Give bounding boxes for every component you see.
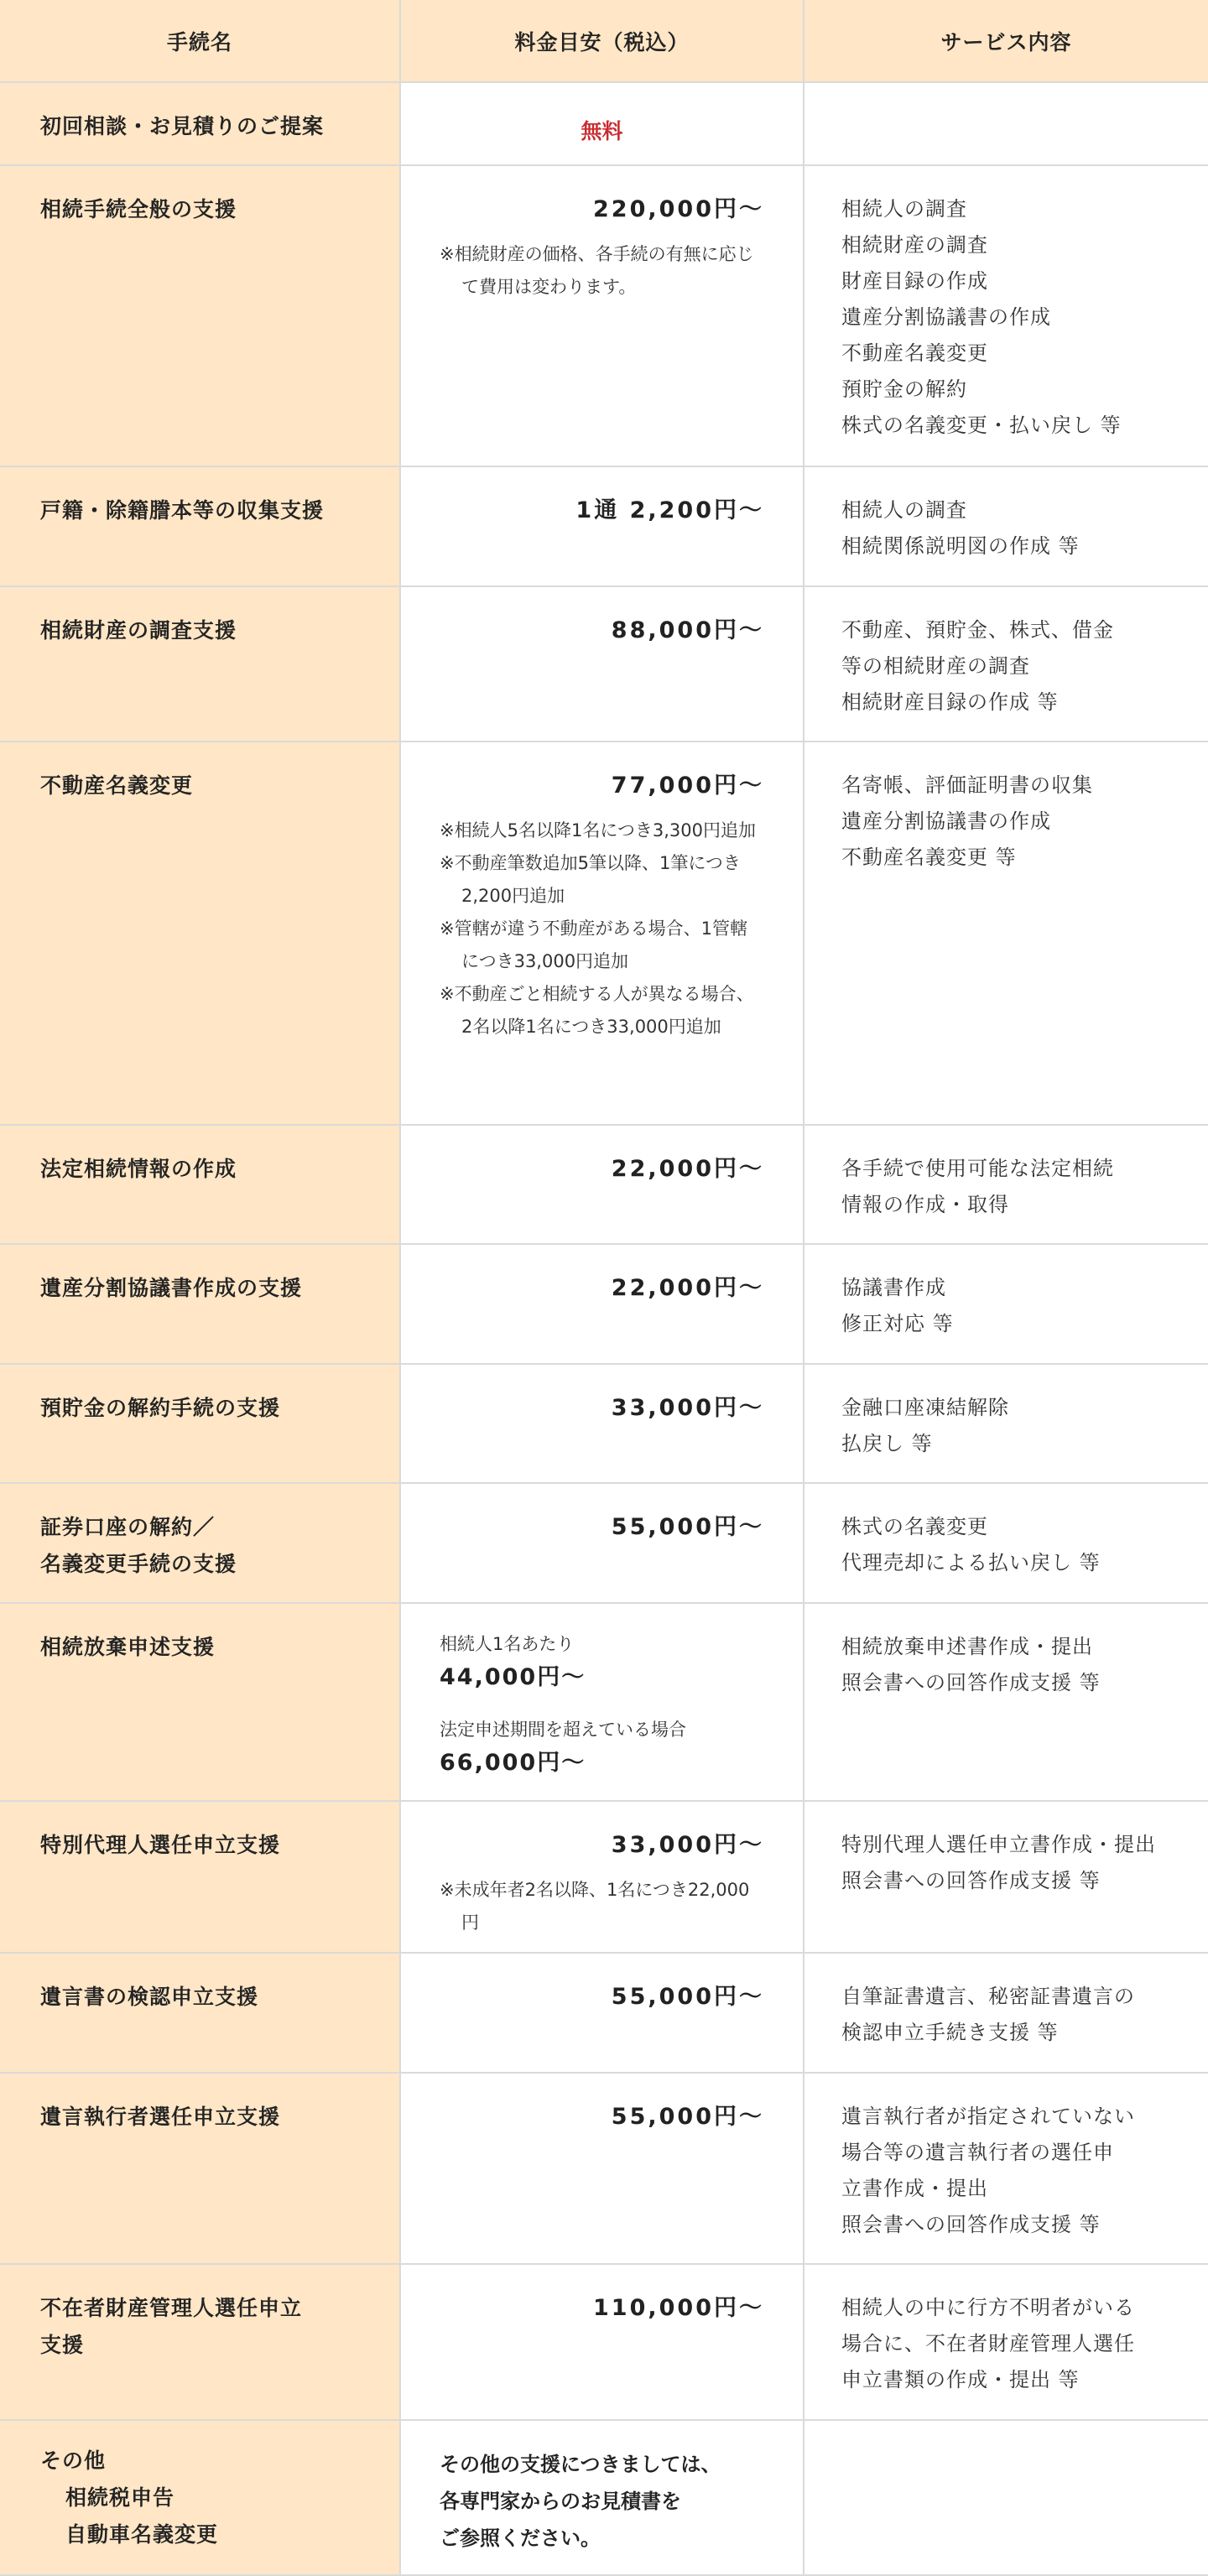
table-row: 相続手続全般の支援220,000円～※相続財産の価格、各手続の有無に応じて費用は… — [0, 165, 1208, 466]
procedure-name-cell: 相続財産の調査支援 — [0, 586, 400, 742]
service-item: 不動産、預貯金、株式、借金 — [841, 612, 1191, 648]
header-service-content: サービス内容 — [804, 0, 1208, 82]
fee-amount: 220,000円～ — [440, 191, 764, 228]
fee-cell: 55,000円～ — [400, 1483, 804, 1603]
service-item: 相続関係説明図の作成 等 — [841, 528, 1191, 565]
table-row: 不動産名義変更77,000円～※相続人5名以降1名につき3,300円追加※不動産… — [0, 742, 1208, 1125]
fee-amount: 66,000円～ — [440, 1745, 764, 1782]
service-content-cell: 金融口座凍結解除払戻し 等 — [804, 1364, 1208, 1483]
fee-amount: 55,000円～ — [440, 2099, 764, 2136]
service-item: 特別代理人選任申立書作成・提出 — [841, 1827, 1191, 1863]
procedure-name-cell: 特別代理人選任申立支援 — [0, 1801, 400, 1953]
service-item: 代理売却による払い戻し 等 — [841, 1545, 1191, 1581]
procedure-name: 遺産分割協議書作成の支援 — [40, 1270, 383, 1307]
table-row: 証券口座の解約／名義変更手続の支援55,000円～株式の名義変更代理売却による払… — [0, 1483, 1208, 1603]
procedure-name: 遺言執行者選任申立支援 — [40, 2099, 383, 2136]
fee-cell: 33,000円～ — [400, 1364, 804, 1483]
service-content-cell: 相続人の調査相続財産の調査財産目録の作成遺産分割協議書の作成不動産名義変更預貯金… — [804, 165, 1208, 466]
service-item: 名寄帳、評価証明書の収集 — [841, 768, 1191, 804]
fee-notes: ※相続人5名以降1名につき3,300円追加※不動産筆数追加5筆以降、1筆につき2… — [440, 814, 764, 1043]
service-item: 相続人の中に行方不明者がいる — [841, 2290, 1191, 2326]
service-item: 株式の名義変更 — [841, 1509, 1191, 1545]
service-content-cell: 各手続で使用可能な法定相続情報の作成・取得 — [804, 1125, 1208, 1244]
procedure-name-cell: その他相続税申告自動車名義変更 — [0, 2420, 400, 2575]
service-item: 場合等の遺言執行者の選任申 — [841, 2135, 1191, 2171]
other-support-line: ご参照ください。 — [440, 2520, 764, 2557]
table-row: 相続財産の調査支援88,000円～不動産、預貯金、株式、借金等の相続財産の調査相… — [0, 586, 1208, 742]
fee-condition-label: 相続人1名あたり — [440, 1629, 764, 1659]
service-content-cell: 遺言執行者が指定されていない場合等の遺言執行者の選任申立書作成・提出照会書への回… — [804, 2073, 1208, 2264]
service-item: 遺産分割協議書の作成 — [841, 804, 1191, 840]
procedure-name: 不動産名義変更 — [40, 768, 383, 804]
service-content-cell: 相続人の中に行方不明者がいる場合に、不在者財産管理人選任申立書類の作成・提出 等 — [804, 2264, 1208, 2420]
table-row: 初回相談・お見積りのご提案無料 — [0, 82, 1208, 165]
service-item: 相続人の調査 — [841, 492, 1191, 528]
procedure-name-cell: 預貯金の解約手続の支援 — [0, 1364, 400, 1483]
procedure-sub-item: 自動車名義変更 — [40, 2516, 383, 2553]
table-row: 相続放棄申述支援相続人1名あたり44,000円～法定申述期間を超えている場合66… — [0, 1603, 1208, 1801]
procedure-name: 法定相続情報の作成 — [40, 1151, 383, 1188]
service-item: 照会書への回答作成支援 等 — [841, 2207, 1191, 2243]
fee-amount: 55,000円～ — [440, 1979, 764, 2016]
service-item: 各手続で使用可能な法定相続 — [841, 1151, 1191, 1187]
fee-cell: 33,000円～※未成年者2名以降、1名につき22,000円 — [400, 1801, 804, 1953]
service-item: 照会書への回答作成支援 等 — [841, 1665, 1191, 1701]
fee-cell: 無料 — [400, 82, 804, 165]
procedure-name: 預貯金の解約手続の支援 — [40, 1390, 383, 1427]
fee-cell: 55,000円～ — [400, 2073, 804, 2264]
procedure-name: 名義変更手続の支援 — [40, 1546, 383, 1583]
header-procedure-name: 手続名 — [0, 0, 400, 82]
fee-amount: 55,000円～ — [440, 1509, 764, 1546]
service-content-cell: 不動産、預貯金、株式、借金等の相続財産の調査相続財産目録の作成 等 — [804, 586, 1208, 742]
service-content-cell — [804, 82, 1208, 165]
fee-note: ※不動産ごと相続する人が異なる場合、2名以降1名につき33,000円追加 — [440, 978, 764, 1043]
procedure-name: 支援 — [40, 2327, 383, 2364]
fee-amount: 77,000円～ — [440, 768, 764, 804]
fee-amount: 33,000円～ — [440, 1827, 764, 1864]
procedure-name: 相続放棄申述支援 — [40, 1629, 383, 1666]
fee-notes: ※未成年者2名以降、1名につき22,000円 — [440, 1874, 764, 1939]
fee-note: ※未成年者2名以降、1名につき22,000円 — [440, 1874, 764, 1939]
procedure-name: 遺言書の検認申立支援 — [40, 1979, 383, 2016]
procedure-name: 特別代理人選任申立支援 — [40, 1827, 383, 1864]
fee-cell: 220,000円～※相続財産の価格、各手続の有無に応じて費用は変わります。 — [400, 165, 804, 466]
table-row: その他相続税申告自動車名義変更その他の支援につきましては、各専門家からのお見積書… — [0, 2420, 1208, 2575]
procedure-name-cell: 不動産名義変更 — [0, 742, 400, 1125]
service-item: 金融口座凍結解除 — [841, 1390, 1191, 1426]
fee-note: ※相続財産の価格、各手続の有無に応じて費用は変わります。 — [440, 238, 764, 304]
fee-table: 手続名 料金目安（税込） サービス内容 初回相談・お見積りのご提案無料相続手続全… — [0, 0, 1208, 2576]
service-item: 申立書類の作成・提出 等 — [841, 2362, 1191, 2398]
service-content-cell: 相続放棄申述書作成・提出照会書への回答作成支援 等 — [804, 1603, 1208, 1801]
service-content-cell: 協議書作成修正対応 等 — [804, 1244, 1208, 1364]
fee-amount: 44,000円～ — [440, 1659, 764, 1696]
fee-amount: 110,000円～ — [440, 2290, 764, 2327]
procedure-name-cell: 法定相続情報の作成 — [0, 1125, 400, 1244]
fee-cell: 88,000円～ — [400, 586, 804, 742]
service-item: 立書作成・提出 — [841, 2171, 1191, 2207]
service-item: 株式の名義変更・払い戻し 等 — [841, 408, 1191, 444]
procedure-name-cell: 遺産分割協議書作成の支援 — [0, 1244, 400, 1364]
table-row: 不在者財産管理人選任申立支援110,000円～相続人の中に行方不明者がいる場合に… — [0, 2264, 1208, 2420]
table-row: 戸籍・除籍謄本等の収集支援1通 2,200円～相続人の調査相続関係説明図の作成 … — [0, 466, 1208, 586]
service-item: 等の相続財産の調査 — [841, 648, 1191, 684]
fee-note: ※相続人5名以降1名につき3,300円追加 — [440, 814, 764, 847]
procedure-name-cell: 不在者財産管理人選任申立支援 — [0, 2264, 400, 2420]
procedure-name-cell: 遺言執行者選任申立支援 — [0, 2073, 400, 2264]
fee-cell: 22,000円～ — [400, 1244, 804, 1364]
service-content-cell: 自筆証書遺言、秘密証書遺言の検認申立手続き支援 等 — [804, 1953, 1208, 2073]
other-support-note: その他の支援につきましては、各専門家からのお見積書をご参照ください。 — [440, 2439, 764, 2557]
service-item: 不動産名義変更 — [841, 336, 1191, 372]
table-body: 初回相談・お見積りのご提案無料相続手続全般の支援220,000円～※相続財産の価… — [0, 82, 1208, 2575]
service-item: 財産目録の作成 — [841, 263, 1191, 299]
table-row: 遺言書の検認申立支援55,000円～自筆証書遺言、秘密証書遺言の検認申立手続き支… — [0, 1953, 1208, 2073]
procedure-sub-item: 相続税申告 — [40, 2480, 383, 2516]
fee-cell: 77,000円～※相続人5名以降1名につき3,300円追加※不動産筆数追加5筆以… — [400, 742, 804, 1125]
procedure-name-cell: 遺言書の検認申立支援 — [0, 1953, 400, 2073]
fee-amount: 88,000円～ — [440, 612, 764, 649]
procedure-name: 戸籍・除籍謄本等の収集支援 — [40, 492, 383, 529]
service-content-cell: 名寄帳、評価証明書の収集遺産分割協議書の作成不動産名義変更 等 — [804, 742, 1208, 1125]
service-item: 場合に、不在者財産管理人選任 — [841, 2326, 1191, 2362]
procedure-name: 初回相談・お見積りのご提案 — [40, 108, 383, 145]
service-content-cell: 特別代理人選任申立書作成・提出照会書への回答作成支援 等 — [804, 1801, 1208, 1953]
fee-condition-label: 法定申述期間を超えている場合 — [440, 1715, 764, 1745]
procedure-name-cell: 相続手続全般の支援 — [0, 165, 400, 466]
service-content-cell — [804, 2420, 1208, 2575]
service-item: 払戻し 等 — [841, 1426, 1191, 1462]
other-support-line: 各専門家からのお見積書を — [440, 2483, 764, 2520]
service-item: 相続財産目録の作成 等 — [841, 684, 1191, 721]
service-item: 情報の作成・取得 — [841, 1187, 1191, 1223]
fee-notes: ※相続財産の価格、各手続の有無に応じて費用は変わります。 — [440, 238, 764, 304]
procedure-name: その他 — [40, 2443, 383, 2480]
fee-cell: 55,000円～ — [400, 1953, 804, 2073]
service-item: 自筆証書遺言、秘密証書遺言の — [841, 1979, 1191, 2015]
fee-amount: 22,000円～ — [440, 1151, 764, 1188]
fee-cell: 相続人1名あたり44,000円～法定申述期間を超えている場合66,000円～ — [400, 1603, 804, 1801]
table-row: 預貯金の解約手続の支援33,000円～金融口座凍結解除払戻し 等 — [0, 1364, 1208, 1483]
procedure-name: 相続財産の調査支援 — [40, 612, 383, 649]
fee-cell: 22,000円～ — [400, 1125, 804, 1244]
service-item: 修正対応 等 — [841, 1306, 1191, 1342]
table-row: 遺産分割協議書作成の支援22,000円～協議書作成修正対応 等 — [0, 1244, 1208, 1364]
procedure-name-cell: 証券口座の解約／名義変更手続の支援 — [0, 1483, 400, 1603]
fee-cell: 110,000円～ — [400, 2264, 804, 2420]
service-item: 照会書への回答作成支援 等 — [841, 1863, 1191, 1899]
fee-amount: 33,000円～ — [440, 1390, 764, 1427]
fee-note: ※不動産筆数追加5筆以降、1筆につき2,200円追加 — [440, 847, 764, 913]
service-content-cell: 株式の名義変更代理売却による払い戻し 等 — [804, 1483, 1208, 1603]
service-item: 遺産分割協議書の作成 — [841, 299, 1191, 336]
table-row: 法定相続情報の作成22,000円～各手続で使用可能な法定相続情報の作成・取得 — [0, 1125, 1208, 1244]
fee-note: ※管轄が違う不動産がある場合、1管轄につき33,000円追加 — [440, 913, 764, 978]
service-item: 相続人の調査 — [841, 191, 1191, 227]
service-item: 相続放棄申述書作成・提出 — [841, 1629, 1191, 1665]
fee-amount: 22,000円～ — [440, 1270, 764, 1307]
fee-cell: 1通 2,200円～ — [400, 466, 804, 586]
procedure-name: 不在者財産管理人選任申立 — [40, 2290, 383, 2327]
procedure-name-cell: 戸籍・除籍謄本等の収集支援 — [0, 466, 400, 586]
table-header-row: 手続名 料金目安（税込） サービス内容 — [0, 0, 1208, 82]
service-item: 不動産名義変更 等 — [841, 840, 1191, 876]
service-content-cell: 相続人の調査相続関係説明図の作成 等 — [804, 466, 1208, 586]
service-item: 遺言執行者が指定されていない — [841, 2099, 1191, 2135]
other-support-line: その他の支援につきましては、 — [440, 2446, 764, 2483]
service-item: 検認申立手続き支援 等 — [841, 2015, 1191, 2051]
procedure-name-cell: 相続放棄申述支援 — [0, 1603, 400, 1801]
fee-cell: その他の支援につきましては、各専門家からのお見積書をご参照ください。 — [400, 2420, 804, 2575]
service-item: 相続財産の調査 — [841, 227, 1191, 263]
procedure-name-cell: 初回相談・お見積りのご提案 — [0, 82, 400, 165]
service-item: 協議書作成 — [841, 1270, 1191, 1306]
header-fee-estimate: 料金目安（税込） — [400, 0, 804, 82]
free-badge: 無料 — [440, 108, 764, 150]
table-row: 遺言執行者選任申立支援55,000円～遺言執行者が指定されていない場合等の遺言執… — [0, 2073, 1208, 2264]
service-item: 預貯金の解約 — [841, 372, 1191, 408]
table-row: 特別代理人選任申立支援33,000円～※未成年者2名以降、1名につき22,000… — [0, 1801, 1208, 1953]
fee-amount: 1通 2,200円～ — [440, 492, 764, 529]
procedure-name: 相続手続全般の支援 — [40, 191, 383, 228]
procedure-name: 証券口座の解約／ — [40, 1509, 383, 1546]
